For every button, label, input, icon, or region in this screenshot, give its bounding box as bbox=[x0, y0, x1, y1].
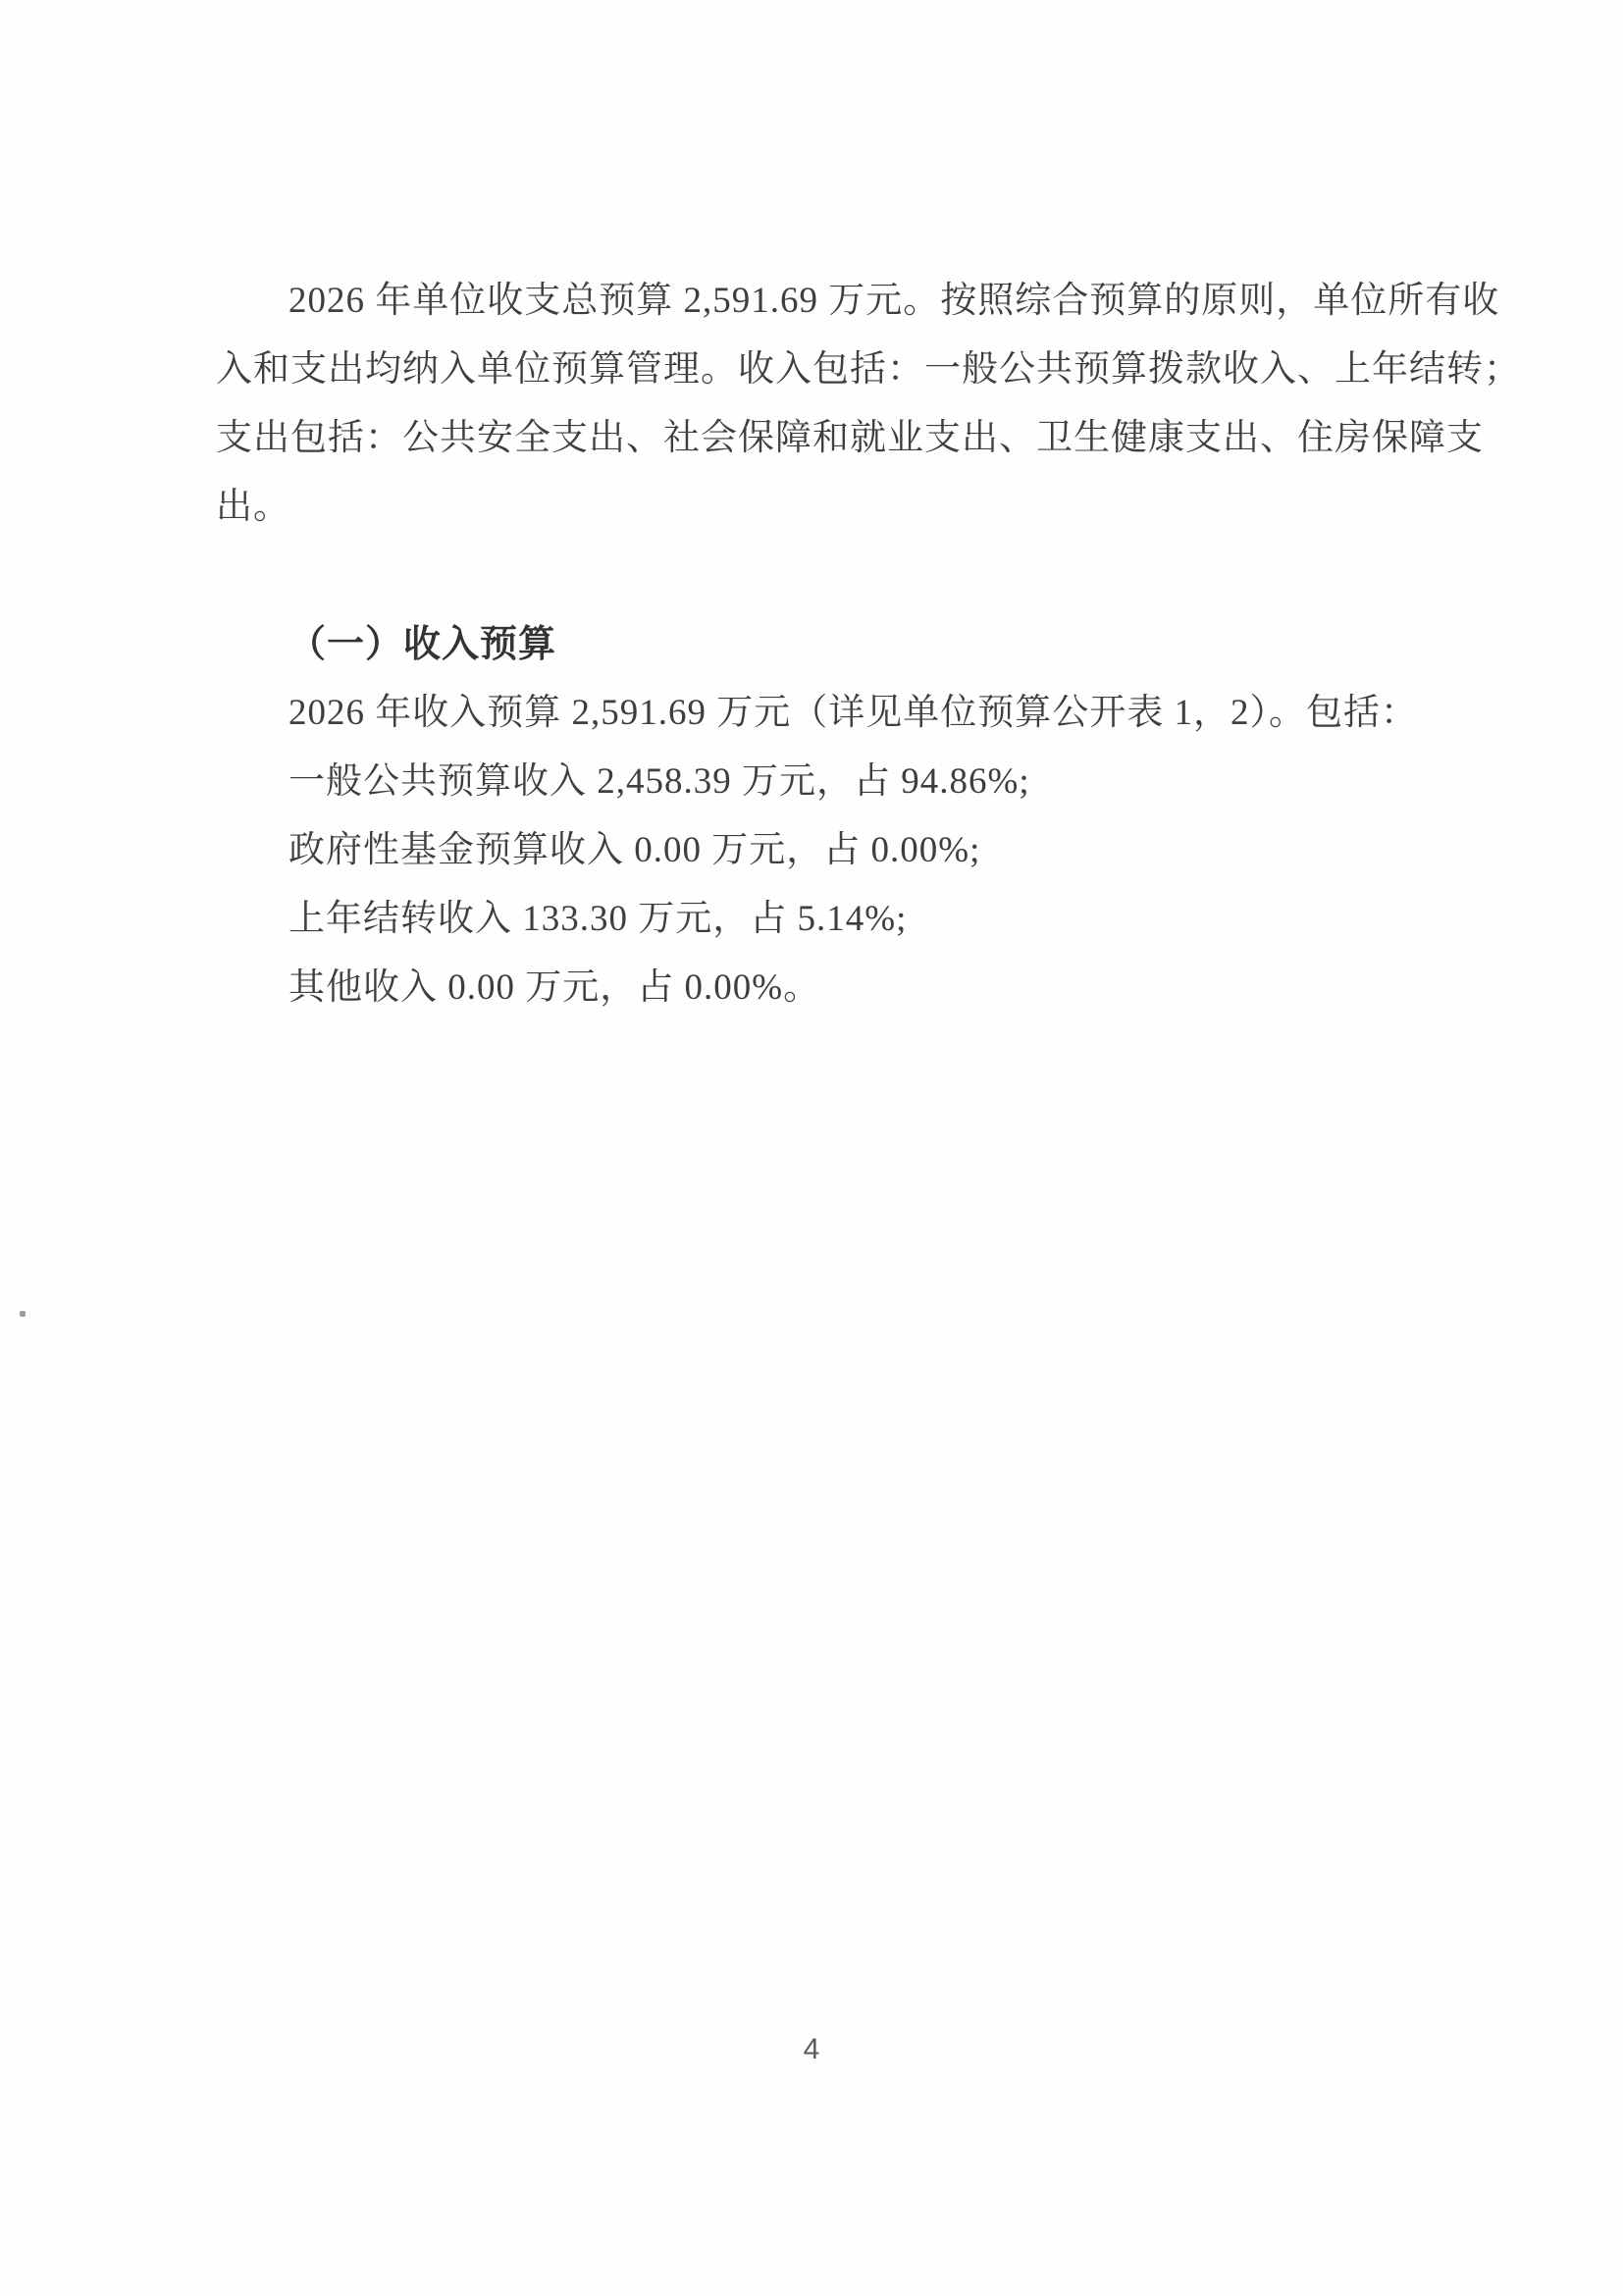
document-body: 2026 年单位收支总预算 2,591.69 万元。按照综合预算的原则，单位所有… bbox=[216, 267, 1438, 1022]
paragraph-line: 入和支出均纳入单位预算管理。收入包括：一般公共预算拨款收入、上年结转； bbox=[216, 336, 1438, 404]
paragraph-line: 出。 bbox=[216, 473, 1438, 542]
paragraph-line: 2026 年单位收支总预算 2,591.69 万元。按照综合预算的原则，单位所有… bbox=[216, 267, 1438, 336]
income-breakdown-list: 一般公共预算收入 2,458.39 万元，占 94.86%; 政府性基金预算收入… bbox=[216, 748, 1438, 1022]
scan-artifact-speck bbox=[20, 1311, 26, 1317]
income-item-general-public-budget: 一般公共预算收入 2,458.39 万元，占 94.86%; bbox=[216, 748, 1438, 816]
income-item-government-fund: 政府性基金预算收入 0.00 万元，占 0.00%; bbox=[216, 816, 1438, 885]
section-heading-income-budget: （一）收入预算 bbox=[216, 610, 1438, 679]
income-item-other: 其他收入 0.00 万元，占 0.00%。 bbox=[216, 954, 1438, 1022]
paragraph-line: 支出包括：公共安全支出、社会保障和就业支出、卫生健康支出、住房保障支 bbox=[216, 404, 1438, 473]
paragraph-budget-summary: 2026 年单位收支总预算 2,591.69 万元。按照综合预算的原则，单位所有… bbox=[216, 267, 1438, 542]
page-number: 4 bbox=[0, 2033, 1623, 2066]
document-page: 2026 年单位收支总预算 2,591.69 万元。按照综合预算的原则，单位所有… bbox=[0, 0, 1623, 2296]
income-item-carryover: 上年结转收入 133.30 万元，占 5.14%; bbox=[216, 885, 1438, 954]
paragraph-income-total: 2026 年收入预算 2,591.69 万元（详见单位预算公开表 1，2）。包括… bbox=[216, 679, 1438, 748]
